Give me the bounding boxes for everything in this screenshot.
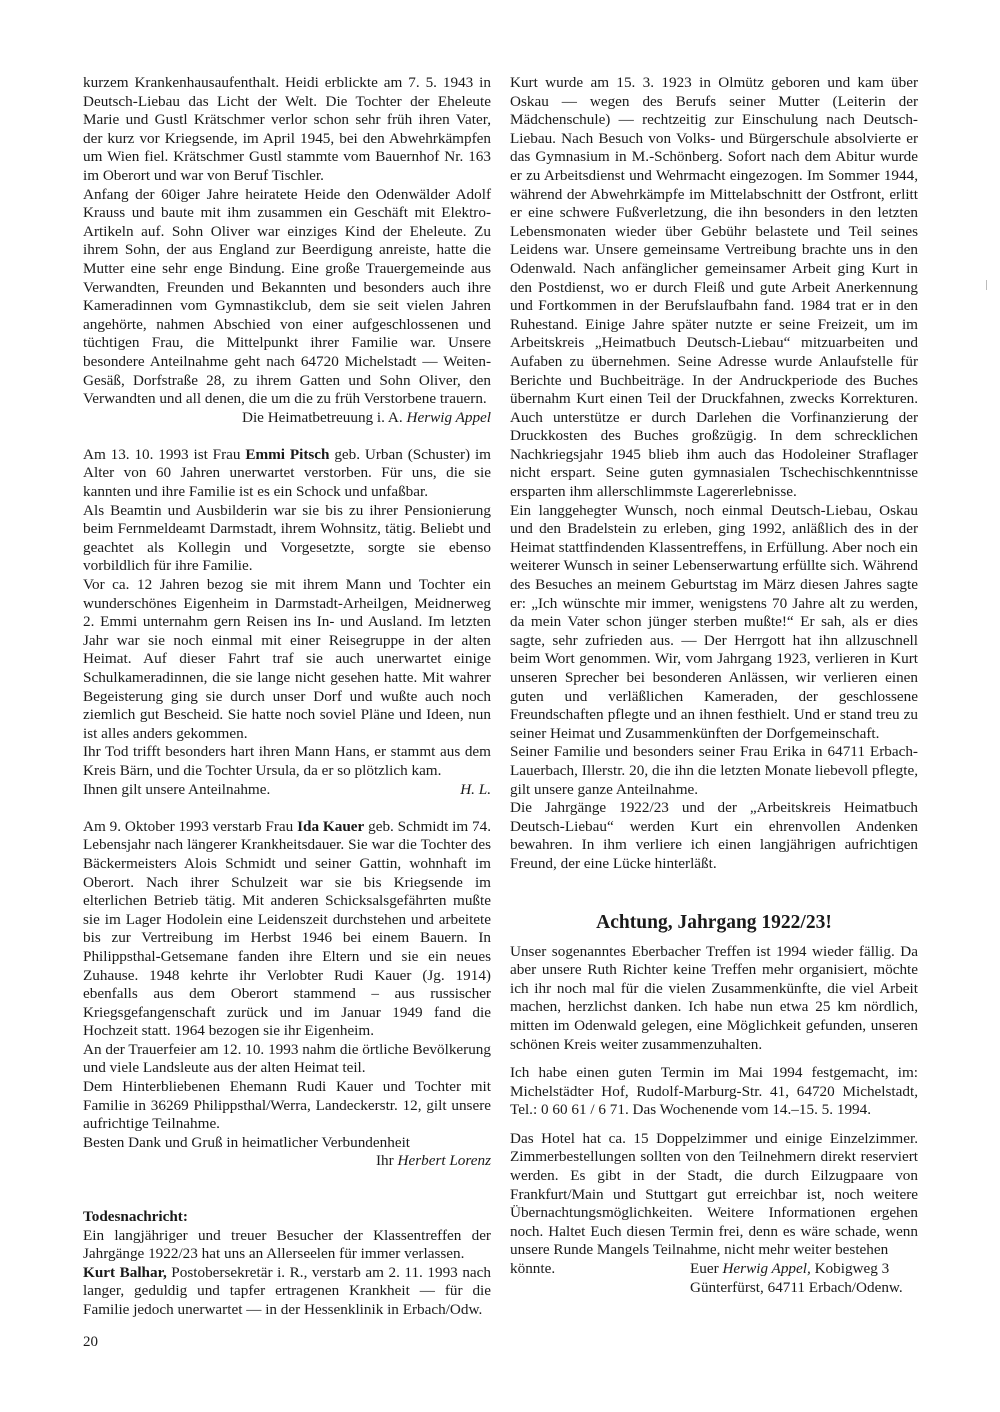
obituary-emmi-pitsch: Am 13. 10. 1993 ist Frau Emmi Pitsch geb… (83, 446, 491, 799)
signature-name: Herbert Lorenz (397, 1152, 491, 1169)
left-column: kurzem Krankenhausaufenthalt. Heidi erbl… (83, 74, 491, 1320)
spacer (83, 1171, 491, 1208)
scan-artifact (986, 280, 987, 290)
right-column: Kurt wurde am 15. 3. 1923 in Olmütz gebo… (510, 74, 918, 1297)
paragraph: Vor ca. 12 Jahren bezog sie mit ihrem Ma… (83, 576, 491, 743)
paragraph: Kurt wurde am 15. 3. 1923 in Olmütz gebo… (510, 74, 918, 502)
obituary-ida-kauer: Am 9. Oktober 1993 verstarb Frau Ida Kau… (83, 818, 491, 1171)
initials: H. L. (460, 781, 491, 800)
paragraph: Dem Hinterbliebenen Ehemann Rudi Kauer u… (83, 1078, 491, 1134)
paragraph: Am 9. Oktober 1993 verstarb Frau Ida Kau… (83, 818, 491, 1041)
signature: Die Heimatbetreuung i. A. Herwig Appel (83, 409, 491, 428)
signature-name: Herwig Appel, (722, 1260, 810, 1277)
spacer (510, 1120, 918, 1130)
spacer (83, 427, 491, 446)
paragraph: Die Jahrgänge 1922/23 und der „Arbeitskr… (510, 799, 918, 873)
spacer (510, 1054, 918, 1064)
paragraph: An der Trauerfeier am 12. 10. 1993 nahm … (83, 1041, 491, 1078)
spacer (510, 874, 918, 911)
signature-block: könnte. Euer Herwig Appel, Kobigweg 3Gün… (510, 1260, 918, 1297)
paragraph: Besten Dank und Gruß in heimatlicher Ver… (83, 1134, 491, 1153)
obituary-kurt-balhar-continued: Kurt wurde am 15. 3. 1923 in Olmütz gebo… (510, 74, 918, 874)
signature-address: Günterfürst, 64711 Erbach/Odenw. (690, 1279, 903, 1296)
death-notice-kurt-balhar: Todesnachricht: Ein langjähriger und tre… (83, 1208, 491, 1320)
section-heading: Todesnachricht: (83, 1208, 491, 1227)
paragraph: Am 13. 10. 1993 ist Frau Emmi Pitsch geb… (83, 446, 491, 502)
paragraph: Kurt Balhar, Postobersekretär i. R., ver… (83, 1264, 491, 1320)
paragraph: Anfang der 60iger Jahre heiratete Heide … (83, 186, 491, 409)
signature: Euer Herwig Appel, Kobigweg 3Günterfürst… (690, 1260, 918, 1297)
signature-name: Herwig Appel (406, 409, 491, 426)
obituary-heidi-krauss: kurzem Krankenhausaufenthalt. Heidi erbl… (83, 74, 491, 427)
paragraph: Ein langgehegter Wunsch, noch einmal Deu… (510, 502, 918, 744)
paragraph: kurzem Krankenhausaufenthalt. Heidi erbl… (83, 74, 491, 186)
paragraph: Seiner Familie und besonders seiner Frau… (510, 743, 918, 799)
paragraph: Ich habe einen guten Termin im Mai 1994 … (510, 1064, 918, 1120)
paragraph: Ihr Tod trifft besonders hart ihren Mann… (83, 743, 491, 780)
deceased-name: Emmi Pitsch (245, 446, 329, 463)
deceased-name: Kurt Balhar, (83, 1264, 167, 1281)
paragraph: Unser sogenanntes Eberbacher Treffen ist… (510, 943, 918, 1055)
page-number: 20 (83, 1334, 98, 1351)
spacer (83, 799, 491, 818)
announcement-jahrgang: Achtung, Jahrgang 1922/23! Unser sogenan… (510, 911, 918, 1298)
paragraph: Als Beamtin und Ausbilderin war sie bis … (83, 502, 491, 576)
signature: Ihr Herbert Lorenz (83, 1152, 491, 1171)
deceased-name: Ida Kauer (297, 818, 364, 835)
paragraph: Ein langjähriger und treuer Besucher der… (83, 1227, 491, 1264)
paragraph: Das Hotel hat ca. 15 Doppelzimmer und ei… (510, 1130, 918, 1260)
closing-line: Ihnen gilt unsere Anteilnahme.H. L. (83, 781, 491, 800)
announcement-heading: Achtung, Jahrgang 1922/23! (510, 911, 918, 935)
